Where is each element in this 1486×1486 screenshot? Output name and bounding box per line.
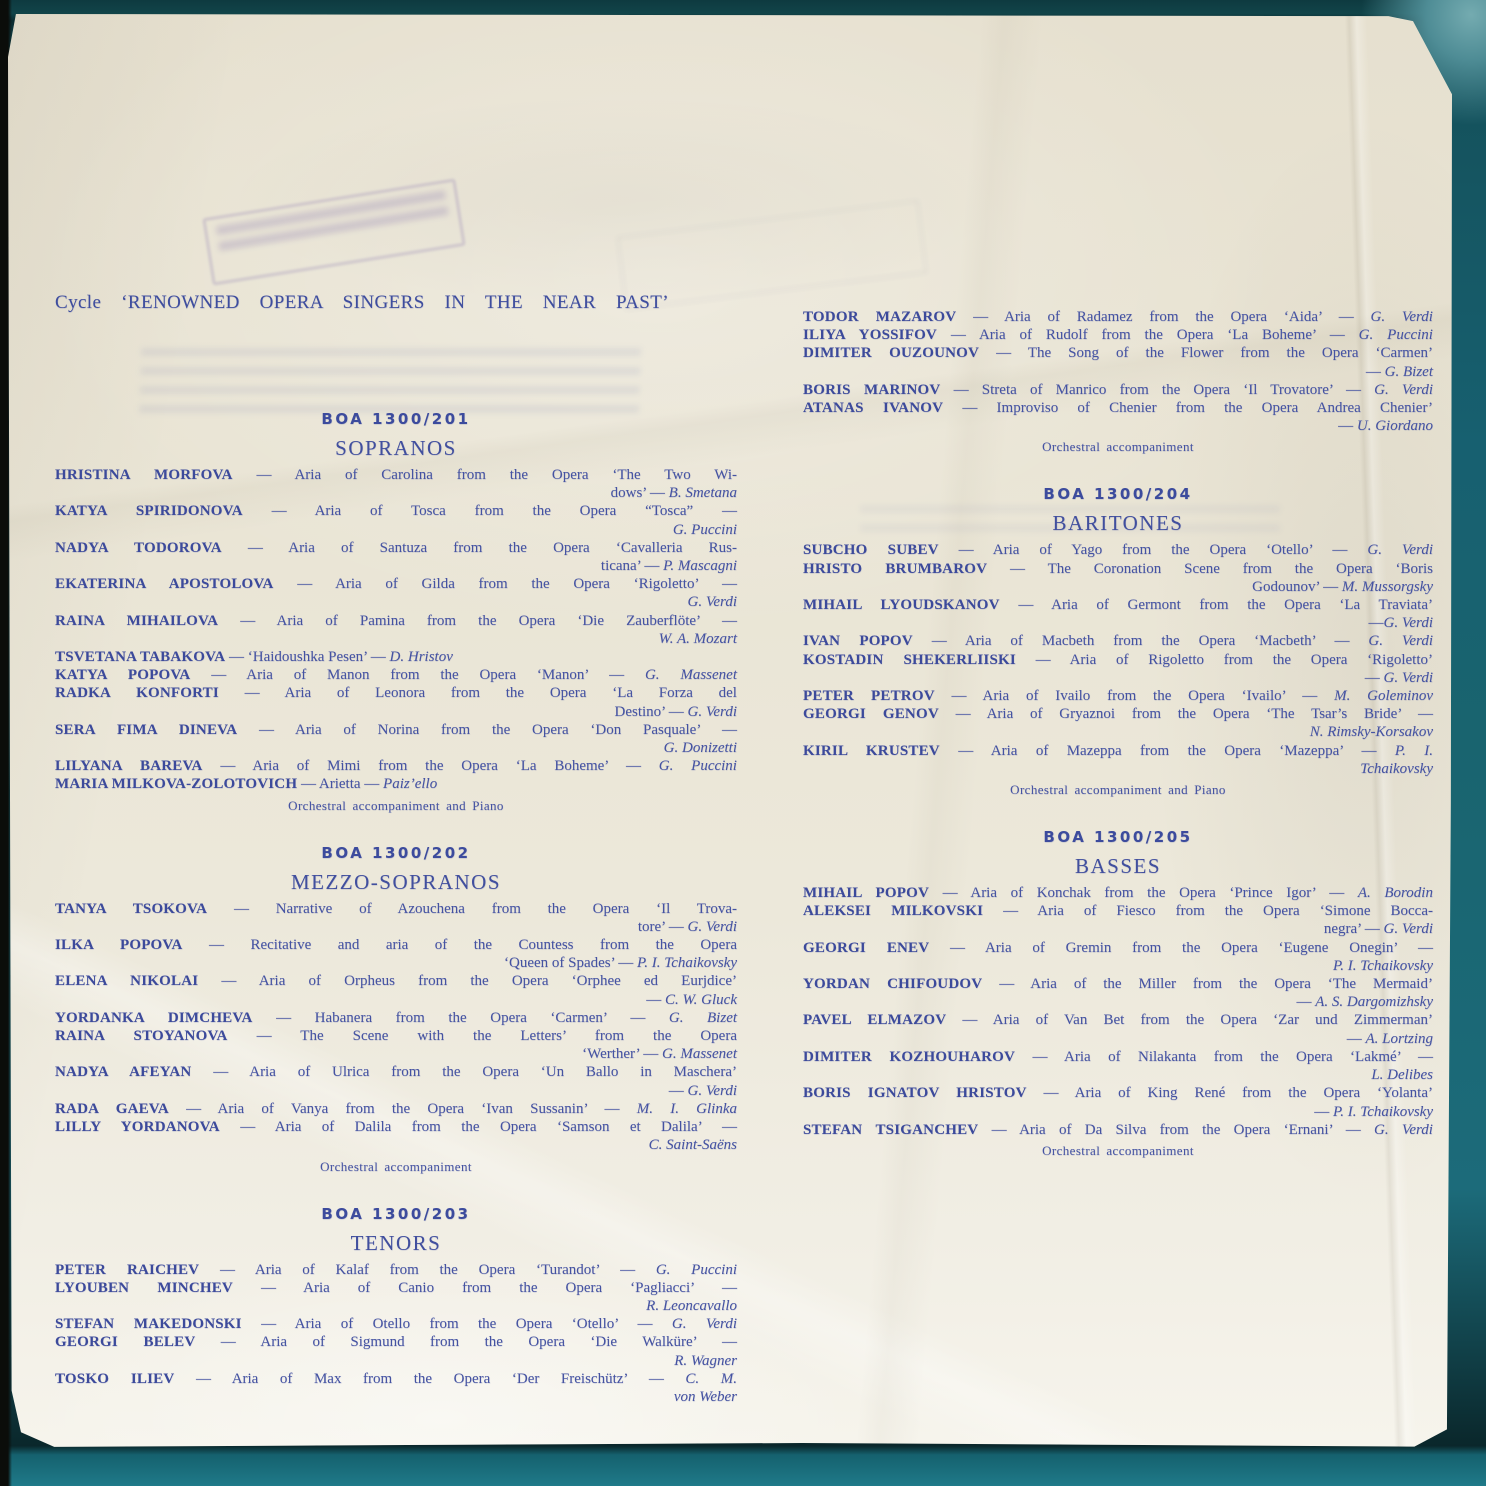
entry-continuation-line: — C. W. Gluck	[55, 991, 737, 1009]
line-text: Aria of Yago from the Opera ‘Otello’ —	[993, 542, 1368, 558]
separator: —	[983, 903, 1037, 919]
entry-first-line: GEORGI ENEV — Aria of Gremin from the Op…	[803, 939, 1433, 957]
singer-entry: TOSKO ILIEV — Aria of Max from the Opera…	[55, 1370, 737, 1406]
singer-entry: TANYA TSOKOVA — Narrative of Azouchena f…	[55, 900, 737, 936]
line-text: Aria of Santuza from the Opera ‘Cavaller…	[288, 540, 737, 556]
separator: —	[174, 1371, 231, 1387]
entry-first-line: LYOUBEN MINCHEV — Aria of Canio from the…	[55, 1279, 737, 1297]
singer-entry: SUBCHO SUBEV — Aria of Yago from the Ope…	[803, 541, 1433, 559]
singer-entry: ATANAS IVANOV — Improviso of Chenier fro…	[803, 399, 1433, 435]
entry-first-line: LILLY YORDANOVA — Aria of Dalila from th…	[55, 1118, 737, 1136]
separator: —	[198, 973, 258, 989]
line-text: Recitative and aria of the Countess from…	[250, 937, 737, 953]
line-text: —	[1366, 364, 1385, 380]
separator: —	[937, 327, 979, 343]
composer-name: G. Verdi	[1384, 921, 1433, 937]
accompaniment-note: Orchestral accompaniment and Piano	[803, 782, 1433, 798]
separator: —	[242, 1316, 295, 1332]
separator: —	[939, 706, 987, 722]
entry-first-line: SUBCHO SUBEV — Aria of Yago from the Ope…	[803, 541, 1433, 559]
line-text: Aria of Carolina from the Opera ‘The Two…	[294, 467, 737, 483]
line-text: Aria of the Miller from the Opera ‘The M…	[1030, 976, 1433, 992]
singer-entry: GEORGI BELEV — Aria of Sigmund from the …	[55, 1333, 737, 1369]
voice-section-title: TENORS	[55, 1231, 737, 1256]
line-text: —	[1369, 615, 1384, 631]
singer-entry: SERA FIMA DINEVA — Aria of Norina from t…	[55, 721, 737, 757]
line-text: Aria of Ivailo from the Opera ‘Ivailo’ —	[983, 688, 1335, 704]
line-text: —	[1365, 670, 1384, 686]
separator: —	[1000, 597, 1051, 613]
line-text: Improviso of Chenier from the Opera Andr…	[997, 400, 1433, 416]
singer-name: TODOR MAZAROV	[803, 309, 956, 325]
line-text: Aria of Gremin from the Opera ‘Eugene On…	[985, 940, 1433, 956]
composer-name: G. Massenet	[662, 1046, 737, 1062]
singer-name: EKATERINA APOSTOLOVA	[55, 576, 274, 592]
line-text: —	[669, 1083, 688, 1099]
composer-name: B. Smetana	[669, 485, 737, 501]
entry-first-line: STEFAN MAKEDONSKI — Aria of Otello from …	[55, 1315, 737, 1333]
entry-first-line: KATYA POPOVA — Aria of Manon from the Op…	[55, 666, 737, 684]
singer-name: NADYA AFEYAN	[55, 1064, 191, 1080]
voice-section-title: BARITONES	[803, 511, 1433, 536]
entry-continuation-line: G. Puccini	[55, 521, 737, 539]
composer-name: R. Leoncavallo	[646, 1298, 737, 1314]
singer-name: HRISTO BRUMBAROV	[803, 561, 987, 577]
right-column: TODOR MAZAROV — Aria of Radamez from the…	[803, 308, 1433, 1189]
singer-name: RAINA MIHAILOVA	[55, 613, 218, 629]
line-text: Aria of King René from the Opera ‘Yolant…	[1075, 1085, 1433, 1101]
entry-first-line: KIRIL KRUSTEV — Aria of Mazeppa from the…	[803, 742, 1433, 760]
singer-name: RADKA KONFORTI	[55, 685, 219, 701]
line-text: ticana’ —	[601, 558, 663, 574]
line-text: Aria of Sigmund from the Opera ‘Die Walk…	[260, 1334, 737, 1350]
separator: —	[219, 685, 285, 701]
entry-continuation-line: Destino’ — G. Verdi	[55, 703, 737, 721]
line-text: Aria of Canio from the Opera ‘Pagliacci’…	[303, 1280, 737, 1296]
line-text: Narrative of Azouchena from the Opera ‘I…	[276, 901, 737, 917]
entry-first-line: RADKA KONFORTI — Aria of Leonora from th…	[55, 684, 737, 702]
singer-entry: MARIA MILKOVA-ZOLOTOVICH — Arietta — Pai…	[55, 775, 737, 793]
singer-name: LYOUBEN MINCHEV	[55, 1280, 233, 1296]
singer-entry: GEORGI GENOV — Aria of Gryaznoi from the…	[803, 705, 1433, 741]
line-text: Aria of Germont from the Opera ‘La Travi…	[1051, 597, 1433, 613]
singer-name: MIHAIL LYOUDSKANOV	[803, 597, 1000, 613]
composer-name: G. Bizet	[669, 1010, 737, 1026]
singer-entry: PETER PETROV — Aria of Ivailo from the O…	[803, 687, 1433, 705]
singer-name: GEORGI GENOV	[803, 706, 939, 722]
catalog-number: BOA 1300/203	[55, 1205, 737, 1223]
separator: —	[929, 885, 970, 901]
line-text: Habanera from the Opera ‘Carmen’ —	[315, 1010, 669, 1026]
line-text: Destino’ —	[615, 704, 688, 720]
composer-name: C. W. Gluck	[665, 992, 737, 1008]
line-text: Aria of Leonora from the Opera ‘La Forza…	[285, 685, 737, 701]
composer-name: G. Verdi	[1374, 382, 1433, 398]
composer-name: G. Verdi	[688, 594, 737, 610]
entry-first-line: TOSKO ILIEV — Aria of Max from the Opera…	[55, 1370, 737, 1388]
separator: —	[940, 382, 981, 398]
accompaniment-note: Orchestral accompaniment and Piano	[55, 798, 737, 814]
line-text: The Song of the Flower from the Opera ‘C…	[1028, 345, 1433, 361]
line-text: The Scene with the Letters’ from the Ope…	[300, 1028, 737, 1044]
singer-name: KOSTADIN SHEKERLIISKI	[803, 652, 1016, 668]
singer-name: SERA FIMA DINEVA	[55, 722, 237, 738]
composer-name: G. Verdi	[688, 1083, 737, 1099]
singer-name: STEFAN MAKEDONSKI	[55, 1316, 242, 1332]
entry-first-line: NADYA AFEYAN — Aria of Ulrica from the O…	[55, 1063, 737, 1081]
composer-name: G. Verdi	[688, 919, 737, 935]
composer-name: G. Bizet	[1385, 364, 1433, 380]
separator: —	[225, 649, 248, 665]
singer-entry: RAINA STOYANOVA — The Scene with the Let…	[55, 1027, 737, 1063]
entry-continuation-line: Tchaikovsky	[803, 760, 1433, 778]
composer-name: D. Hristov	[390, 649, 453, 665]
voice-section-title: SOPRANOS	[55, 436, 737, 461]
singer-entry: MIHAIL POPOV — Aria of Konchak from the …	[803, 884, 1433, 902]
singer-name: GEORGI ENEV	[803, 940, 929, 956]
line-text: —	[1296, 994, 1315, 1010]
singer-entry: KIRIL KRUSTEV — Aria of Mazeppa from the…	[803, 742, 1433, 778]
singer-name: RADA GAEVA	[55, 1101, 169, 1117]
entry-first-line: TODOR MAZAROV — Aria of Radamez from the…	[803, 308, 1433, 326]
singer-entry: ILIYA YOSSIFOV — Aria of Rudolf from the…	[803, 326, 1433, 344]
entry-continuation-line: tore’ — G. Verdi	[55, 918, 737, 936]
singer-name: ALEKSEI MILKOVSKI	[803, 903, 983, 919]
entry-continuation-line: — G. Verdi	[803, 669, 1433, 687]
catalog-number: BOA 1300/204	[803, 485, 1433, 503]
entry-continuation-line: —G. Verdi	[803, 614, 1433, 632]
composer-name: G. Puccini	[1359, 327, 1433, 343]
singer-name: BORIS IGNATOV HRISTOV	[803, 1085, 1027, 1101]
entry-first-line: RAINA STOYANOVA — The Scene with the Let…	[55, 1027, 737, 1045]
composer-name: R. Wagner	[674, 1353, 737, 1369]
singer-name: PAVEL ELMAZOV	[803, 1012, 946, 1028]
entry-continuation-line: L. Delibes	[803, 1066, 1433, 1084]
singer-name: HRISTINA MORFOVA	[55, 467, 233, 483]
singer-name: KATYA POPOVA	[55, 667, 190, 683]
accompaniment-note: Orchestral accompaniment	[803, 1143, 1433, 1159]
line-text: —	[1347, 1031, 1366, 1047]
entry-continuation-line: negra’ — G. Verdi	[803, 920, 1433, 938]
separator: —	[228, 1028, 301, 1044]
singer-entry: YORDAN CHIFOUDOV — Aria of the Miller fr…	[803, 975, 1433, 1011]
singer-entry: KATYA POPOVA — Aria of Manon from the Op…	[55, 666, 737, 684]
line-text: Aria of Kalaf from the Opera ‘Turandot’ …	[255, 1262, 656, 1278]
singer-entry: STEFAN TSIGANCHEV — Aria of Da Silva fro…	[803, 1121, 1433, 1139]
entry-continuation-line: — A. Lortzing	[803, 1030, 1433, 1048]
line-text: Aria of Pamina from the Opera ‘Die Zaube…	[277, 613, 737, 629]
singer-entry: IVAN POPOV — Aria of Macbeth from the Op…	[803, 632, 1433, 650]
separator: —	[943, 400, 996, 416]
line-text: Aria of Nilakanta from the Opera ‘Lakmé’…	[1064, 1049, 1433, 1065]
separator: —	[169, 1101, 218, 1117]
line-text: Aria of Rudolf from the Opera ‘La Boheme…	[979, 327, 1359, 343]
line-text: Godounov’ —	[1252, 579, 1342, 595]
singer-entry: KATYA SPIRIDONOVA — Aria of Tosca from t…	[55, 502, 737, 538]
entry-continuation-line: C. Saint-Saëns	[55, 1136, 737, 1154]
composer-name: P. I. Tchaikovsky	[1333, 1104, 1433, 1120]
singer-entry: BORIS IGNATOV HRISTOV — Aria of King Ren…	[803, 1084, 1433, 1120]
entry-first-line: EKATERINA APOSTOLOVA — Aria of Gilda fro…	[55, 575, 737, 593]
entry-continuation-line: Godounov’ — M. Mussorgsky	[803, 578, 1433, 596]
line-text: ‘Queen of Spades’ —	[504, 955, 637, 971]
composer-name: G. Verdi	[1384, 615, 1433, 631]
singer-entry: YORDANKA DIMCHEVA — Habanera from the Op…	[55, 1009, 737, 1027]
singer-name: YORDAN CHIFOUDOV	[803, 976, 982, 992]
singer-name: DIMITER KOZHOUHAROV	[803, 1049, 1015, 1065]
line-text: Aria of Otello from the Opera ‘Otello’ —	[295, 1316, 672, 1332]
composer-name: Tchaikovsky	[1360, 761, 1433, 777]
entry-first-line: DIMITER KOZHOUHAROV — Aria of Nilakanta …	[803, 1048, 1433, 1066]
singer-name: PETER PETROV	[803, 688, 935, 704]
record-section: TODOR MAZAROV — Aria of Radamez from the…	[803, 308, 1433, 455]
record-section: BOA 1300/201SOPRANOSHRISTINA MORFOVA — A…	[55, 410, 737, 814]
record-section: BOA 1300/202MEZZO-SOPRANOSTANYA TSOKOVA …	[55, 844, 737, 1175]
line-text: Aria of Macbeth from the Opera ‘Macbeth’…	[965, 633, 1369, 649]
singer-entry: RAINA MIHAILOVA — Aria of Pamina from th…	[55, 612, 737, 648]
composer-name: M. Goleminov	[1334, 688, 1433, 704]
line-text: Aria of Rigoletto from the Opera ‘Rigole…	[1070, 652, 1433, 668]
entry-first-line: KATYA SPIRIDONOVA — Aria of Tosca from t…	[55, 502, 737, 520]
composer-name: W. A. Mozart	[659, 631, 737, 647]
separator: —	[940, 743, 991, 759]
line-text: Aria of Gilda from the Opera ‘Rigoletto’…	[335, 576, 737, 592]
line-text: —	[646, 992, 665, 1008]
entry-first-line: YORDAN CHIFOUDOV — Aria of the Miller fr…	[803, 975, 1433, 993]
composer-name: G. Donizetti	[664, 740, 737, 756]
composer-name: G. Puccini	[659, 758, 737, 774]
separator: —	[195, 1334, 260, 1350]
cycle-title: Cycle ‘RENOWNED OPERA SINGERS IN THE NEA…	[55, 292, 669, 314]
separator: —	[978, 1122, 1019, 1138]
singer-entry: GEORGI ENEV — Aria of Gremin from the Op…	[803, 939, 1433, 975]
record-section: BOA 1300/205BASSESMIHAIL POPOV — Aria of…	[803, 828, 1433, 1159]
entry-first-line: MIHAIL LYOUDSKANOV — Aria of Germont fro…	[803, 596, 1433, 614]
entry-first-line: BORIS IGNATOV HRISTOV — Aria of King Ren…	[803, 1084, 1433, 1102]
separator: —	[203, 758, 253, 774]
line-text: Aria of Mazeppa from the Opera ‘Mazeppa’…	[991, 743, 1395, 759]
singer-entry: DIMITER OUZOUNOV — The Song of the Flowe…	[803, 344, 1433, 380]
line-text: Aria of Tosca from the Opera “Tosca” —	[315, 503, 737, 519]
entry-first-line: PAVEL ELMAZOV — Aria of Van Bet from the…	[803, 1011, 1433, 1029]
singer-name: SUBCHO SUBEV	[803, 542, 939, 558]
composer-name: G. Verdi	[688, 704, 737, 720]
separator: —	[253, 1010, 315, 1026]
entry-first-line: IVAN POPOV — Aria of Macbeth from the Op…	[803, 632, 1433, 650]
entry-continuation-line: — G. Verdi	[55, 1082, 737, 1100]
entry-first-line: RADA GAEVA — Aria of Vanya from the Oper…	[55, 1100, 737, 1118]
entry-first-line: HRISTO BRUMBAROV — The Coronation Scene …	[803, 560, 1433, 578]
entry-continuation-line: R. Wagner	[55, 1352, 737, 1370]
singer-entry: BORIS MARINOV — Streta of Manrico from t…	[803, 381, 1433, 399]
separator: —	[190, 667, 246, 683]
line-text: negra’ —	[1324, 921, 1384, 937]
singer-name: STEFAN TSIGANCHEV	[803, 1122, 978, 1138]
singer-entry: EKATERINA APOSTOLOVA — Aria of Gilda fro…	[55, 575, 737, 611]
line-text: Aria of Mimi from the Opera ‘La Boheme’ …	[252, 758, 658, 774]
composer-name: M. I. Glinka	[637, 1101, 737, 1117]
separator: —	[233, 1280, 303, 1296]
singer-entry: LILYANA BAREVA — Aria of Mimi from the O…	[55, 757, 737, 775]
singer-entry: PETER RAICHEV — Aria of Kalaf from the O…	[55, 1261, 737, 1279]
composer-name: A. Borodin	[1358, 885, 1433, 901]
singer-name: KATYA SPIRIDONOVA	[55, 503, 243, 519]
entry-continuation-line: — A. S. Dargomizhsky	[803, 993, 1433, 1011]
separator: —	[956, 309, 1004, 325]
entry-first-line: ILKA POPOVA — Recitative and aria of the…	[55, 936, 737, 954]
singer-entry: MIHAIL LYOUDSKANOV — Aria of Germont fro…	[803, 596, 1433, 632]
composer-name: P. I. Tchaikovsky	[1333, 958, 1433, 974]
line-text: dows’ —	[611, 485, 669, 501]
line-text: Aria of Vanya from the Opera ‘Ivan Sussa…	[218, 1101, 637, 1117]
entry-continuation-line: ‘Werther’ — G. Massenet	[55, 1045, 737, 1063]
line-text: Aria of Da Silva from the Opera ‘Ernani’…	[1019, 1122, 1374, 1138]
separator: —	[222, 540, 288, 556]
entry-continuation-line: N. Rimsky-Korsakov	[803, 723, 1433, 741]
separator: —	[1015, 1049, 1064, 1065]
line-text: Aria of Orpheus from the Opera ‘Orphee e…	[259, 973, 737, 989]
catalog-number: BOA 1300/201	[55, 410, 737, 428]
separator: —	[1016, 652, 1070, 668]
singer-name: MIHAIL POPOV	[803, 885, 929, 901]
entry-first-line: ELENA NIKOLAI — Aria of Orpheus from the…	[55, 972, 737, 990]
line-text: Aria of Manon from the Opera ‘Manon’ —	[246, 667, 645, 683]
entry-first-line: LILYANA BAREVA — Aria of Mimi from the O…	[55, 757, 737, 775]
entry-first-line: ILIYA YOSSIFOV — Aria of Rudolf from the…	[803, 326, 1433, 344]
line-text: Aria of Gryaznoi from the Opera ‘The Tsa…	[987, 706, 1433, 722]
line-text: Aria of Norina from the Opera ‘Don Pasqu…	[295, 722, 737, 738]
composer-name: L. Delibes	[1371, 1067, 1433, 1083]
entry-first-line: RAINA MIHAILOVA — Aria of Pamina from th…	[55, 612, 737, 630]
line-text: Aria of Ulrica from the Opera ‘Un Ballo …	[249, 1064, 737, 1080]
composer-name: G. Verdi	[672, 1316, 737, 1332]
right-sections: TODOR MAZAROV — Aria of Radamez from the…	[803, 308, 1433, 1159]
line-text: Aria of Fiesco from the Opera ‘Simone Bo…	[1037, 903, 1433, 919]
separator: —	[207, 901, 276, 917]
entry-first-line: PETER RAICHEV — Aria of Kalaf from the O…	[55, 1261, 737, 1279]
separator: —	[982, 976, 1030, 992]
sleeve-photo: Cycle ‘RENOWNED OPERA SINGERS IN THE NEA…	[0, 0, 1486, 1486]
composer-name: von Weber	[674, 1389, 737, 1405]
entry-continuation-line: von Weber	[55, 1388, 737, 1406]
entry-continuation-line: dows’ — B. Smetana	[55, 484, 737, 502]
left-column: Cycle ‘RENOWNED OPERA SINGERS IN THE NEA…	[55, 292, 737, 1436]
entry-first-line: STEFAN TSIGANCHEV — Aria of Da Silva fro…	[803, 1121, 1433, 1139]
singer-entry: RADKA KONFORTI — Aria of Leonora from th…	[55, 684, 737, 720]
entry-first-line: MARIA MILKOVA-ZOLOTOVICH — Arietta — Pai…	[55, 775, 737, 793]
singer-name: BORIS MARINOV	[803, 382, 940, 398]
separator: —	[220, 1119, 275, 1135]
composer-name: C. Saint-Saëns	[649, 1137, 737, 1153]
catalog-number: BOA 1300/202	[55, 844, 737, 862]
entry-continuation-line: G. Verdi	[55, 593, 737, 611]
separator: —	[233, 467, 295, 483]
singer-entry: STEFAN MAKEDONSKI — Aria of Otello from …	[55, 1315, 737, 1333]
singer-name: ILIYA YOSSIFOV	[803, 327, 937, 343]
entry-continuation-line: R. Leoncavallo	[55, 1297, 737, 1315]
entry-first-line: ATANAS IVANOV — Improviso of Chenier fro…	[803, 399, 1433, 417]
entry-first-line: NADYA TODOROVA — Aria of Santuza from th…	[55, 539, 737, 557]
entry-first-line: GEORGI GENOV — Aria of Gryaznoi from the…	[803, 705, 1433, 723]
composer-name: G. Verdi	[1367, 542, 1433, 558]
entry-continuation-line: ‘Queen of Spades’ — P. I. Tchaikovsky	[55, 954, 737, 972]
line-text: Arietta —	[319, 776, 383, 792]
singer-entry: TODOR MAZAROV — Aria of Radamez from the…	[803, 308, 1433, 326]
line-text: Aria of Van Bet from the Opera ‘Zar und …	[993, 1012, 1433, 1028]
singer-entry: TSVETANA TABAKOVA — ‘Haidoushka Pesen’ —…	[55, 648, 737, 666]
singer-name: GEORGI BELEV	[55, 1334, 195, 1350]
entry-first-line: SERA FIMA DINEVA — Aria of Norina from t…	[55, 721, 737, 739]
line-text: tore’ —	[638, 919, 688, 935]
composer-name: A. S. Dargomizhsky	[1315, 994, 1433, 1010]
singer-name: TOSKO ILIEV	[55, 1371, 174, 1387]
separator: —	[913, 633, 965, 649]
composer-name: N. Rimsky-Korsakov	[1310, 724, 1433, 740]
singer-name: LILYANA BAREVA	[55, 758, 203, 774]
entry-continuation-line: — U. Giordano	[803, 417, 1433, 435]
singer-name: DIMITER OUZOUNOV	[803, 345, 979, 361]
composer-name: P. I. Tchaikovsky	[637, 955, 737, 971]
singer-name: KIRIL KRUSTEV	[803, 743, 940, 759]
entry-continuation-line: — P. I. Tchaikovsky	[803, 1103, 1433, 1121]
composer-name: C. M.	[685, 1371, 737, 1387]
singer-name: TANYA TSOKOVA	[55, 901, 207, 917]
singer-name: IVAN POPOV	[803, 633, 913, 649]
line-text: —	[1314, 1104, 1333, 1120]
singer-name: LILLY YORDANOVA	[55, 1119, 220, 1135]
line-text: ‘Werther’ —	[582, 1046, 662, 1062]
singer-entry: ALEKSEI MILKOVSKI — Aria of Fiesco from …	[803, 902, 1433, 938]
singer-entry: ELENA NIKOLAI — Aria of Orpheus from the…	[55, 972, 737, 1008]
entry-first-line: GEORGI BELEV — Aria of Sigmund from the …	[55, 1333, 737, 1351]
separator: —	[939, 542, 993, 558]
composer-name: G. Puccini	[673, 522, 737, 538]
accompaniment-note: Orchestral accompaniment	[55, 1159, 737, 1175]
separator: —	[987, 561, 1047, 577]
composer-name: G. Verdi	[1371, 309, 1433, 325]
record-section: BOA 1300/203TENORSPETER RAICHEV — Aria o…	[55, 1205, 737, 1407]
singer-entry: LILLY YORDANOVA — Aria of Dalila from th…	[55, 1118, 737, 1154]
entry-continuation-line: — G. Bizet	[803, 363, 1433, 381]
line-text: Streta of Manrico from the Opera ‘Il Tro…	[982, 382, 1374, 398]
entry-first-line: KOSTADIN SHEKERLIISKI — Aria of Rigolett…	[803, 651, 1433, 669]
entry-first-line: MIHAIL POPOV — Aria of Konchak from the …	[803, 884, 1433, 902]
singer-entry: KOSTADIN SHEKERLIISKI — Aria of Rigolett…	[803, 651, 1433, 687]
composer-name: P. I.	[1395, 743, 1433, 759]
entry-continuation-line: W. A. Mozart	[55, 630, 737, 648]
entry-first-line: BORIS MARINOV — Streta of Manrico from t…	[803, 381, 1433, 399]
separator: —	[297, 776, 319, 792]
catalog-number: BOA 1300/205	[803, 828, 1433, 846]
composer-name: G. Verdi	[1384, 670, 1433, 686]
voice-section-title: BASSES	[803, 854, 1433, 879]
entry-first-line: DIMITER OUZOUNOV — The Song of the Flowe…	[803, 344, 1433, 362]
composer-name: M. Mussorgsky	[1342, 579, 1433, 595]
singer-entry: DIMITER KOZHOUHAROV — Aria of Nilakanta …	[803, 1048, 1433, 1084]
entry-first-line: TANYA TSOKOVA — Narrative of Azouchena f…	[55, 900, 737, 918]
entry-first-line: ALEKSEI MILKOVSKI — Aria of Fiesco from …	[803, 902, 1433, 920]
entry-first-line: YORDANKA DIMCHEVA — Habanera from the Op…	[55, 1009, 737, 1027]
separator: —	[979, 345, 1028, 361]
singer-entry: HRISTINA MORFOVA — Aria of Carolina from…	[55, 466, 737, 502]
singer-name: ILKA POPOVA	[55, 937, 183, 953]
singer-name: ATANAS IVANOV	[803, 400, 943, 416]
entry-continuation-line: P. I. Tchaikovsky	[803, 957, 1433, 975]
composer-name: G. Verdi	[1374, 1122, 1433, 1138]
line-text: ‘Haidoushka Pesen’ —	[248, 649, 390, 665]
singer-name: YORDANKA DIMCHEVA	[55, 1010, 253, 1026]
left-sections: BOA 1300/201SOPRANOSHRISTINA MORFOVA — A…	[55, 410, 737, 1406]
